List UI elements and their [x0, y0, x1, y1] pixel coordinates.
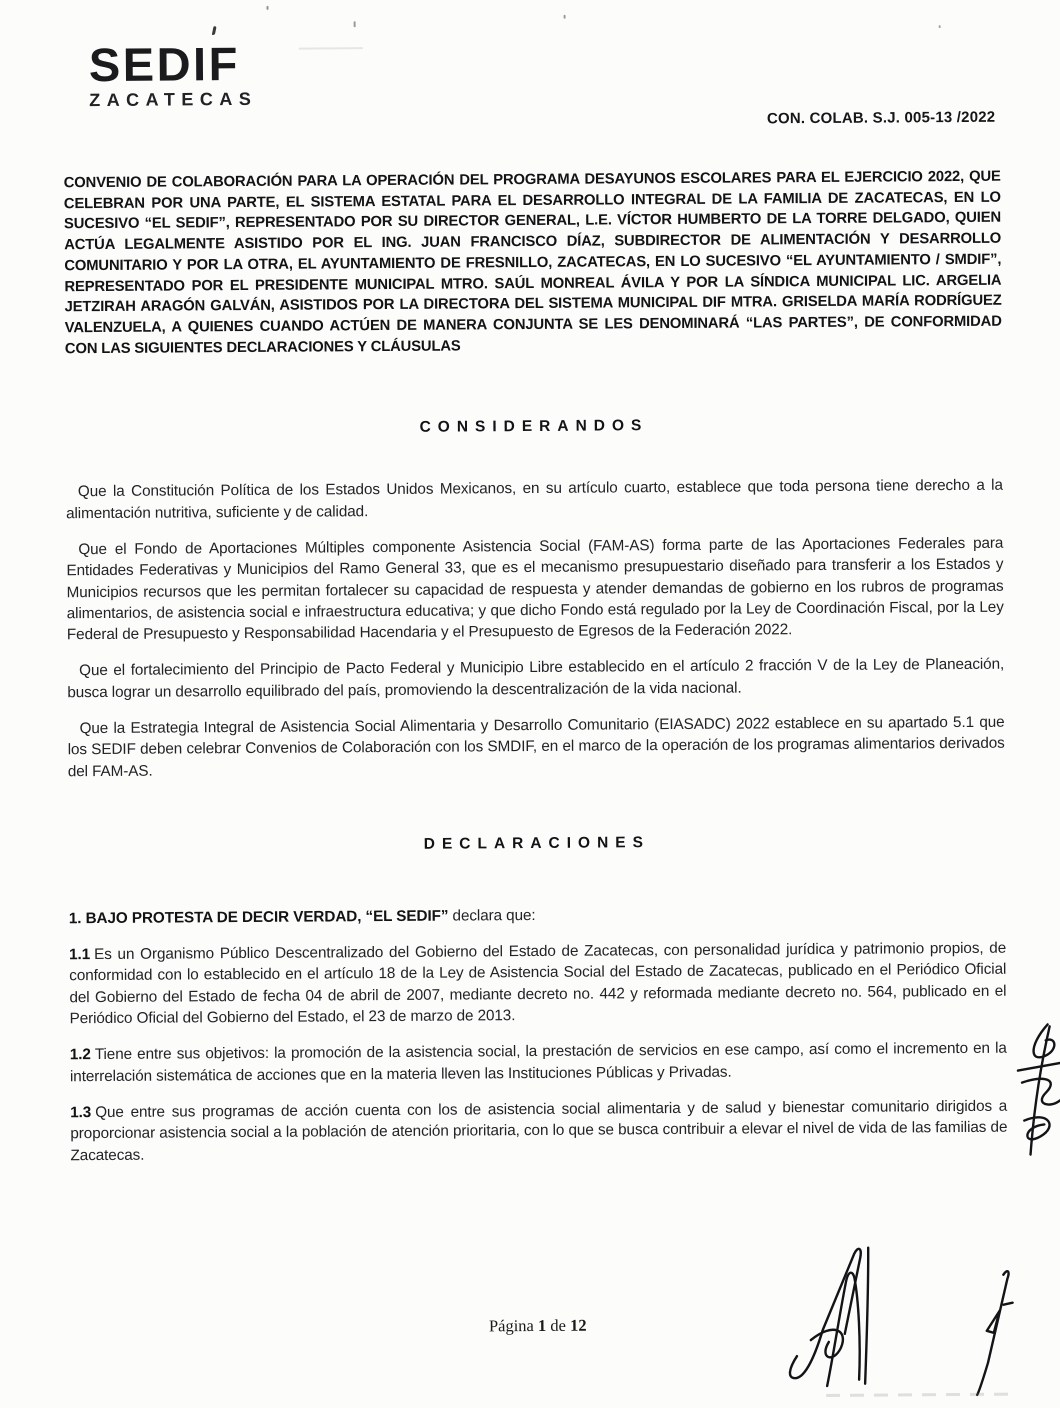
item-text: Es un Organismo Público Descentralizado …	[69, 940, 1006, 1027]
logo-title: SEDIF	[89, 40, 257, 88]
scan-smudge	[299, 47, 363, 49]
declaration-intro: 1. BAJO PROTESTA DE DECIR VERDAD, “EL SE…	[69, 902, 1006, 930]
item-number: 1.2	[70, 1046, 91, 1063]
item-text: Tiene entre sus objetivos: la promoción …	[70, 1040, 1007, 1085]
considerando-paragraph: Que el fortalecimiento del Principio de …	[67, 654, 1004, 703]
considerandos-heading: CONSIDERANDOS	[65, 415, 1002, 440]
handwritten-signature-margin	[1004, 1018, 1060, 1163]
item-number: 1.1	[69, 946, 90, 963]
footer-page-number: 1	[538, 1316, 546, 1335]
item-number: 1.3	[70, 1104, 91, 1121]
considerando-paragraph: Que la Estrategia Integral de Asistencia…	[67, 712, 1004, 782]
handwritten-signature-main	[782, 1237, 903, 1398]
declaration-intro-bold: 1. BAJO PROTESTA DE DECIR VERDAD, “EL SE…	[69, 907, 449, 927]
declaration-item: 1.3Que entre sus programas de acción cue…	[70, 1096, 1007, 1166]
scan-speck	[564, 15, 566, 19]
scan-speck	[212, 26, 217, 35]
scan-speck	[354, 21, 356, 27]
logo-subtitle: ZACATECAS	[89, 90, 257, 109]
declaration-item: 1.1Es un Organismo Público Descentraliza…	[69, 938, 1007, 1030]
declaration-intro-rest: declara que:	[448, 907, 535, 925]
handwritten-signature-secondary	[969, 1267, 1018, 1399]
preamble-paragraph: CONVENIO DE COLABORACIÓN PARA LA OPERACI…	[64, 167, 1002, 360]
item-text: Que entre sus programas de acción cuenta…	[70, 1098, 1007, 1164]
document-page: SEDIF ZACATECAS CON. COLAB. S.J. 005-13 …	[0, 0, 1060, 1408]
footer-connector: de	[550, 1316, 566, 1335]
considerando-paragraph: Que el Fondo de Aportaciones Múltiples c…	[66, 533, 1004, 646]
sedif-logo: SEDIF ZACATECAS	[89, 40, 258, 109]
declaration-item: 1.2Tiene entre sus objetivos: la promoci…	[70, 1038, 1007, 1087]
declaraciones-heading: DECLARACIONES	[68, 832, 1005, 857]
considerando-paragraph: Que la Constitución Política de los Esta…	[66, 475, 1003, 524]
scanned-sheet: SEDIF ZACATECAS CON. COLAB. S.J. 005-13 …	[0, 0, 1060, 1408]
scan-speck	[939, 25, 941, 28]
footer-total-pages: 12	[570, 1316, 587, 1335]
document-reference: CON. COLAB. S.J. 005-13 /2022	[767, 109, 996, 128]
footer-prefix: Página	[489, 1316, 534, 1335]
scan-speck	[266, 6, 268, 10]
document-body: CONVENIO DE COLABORACIÓN PARA LA OPERACI…	[64, 167, 1008, 1166]
